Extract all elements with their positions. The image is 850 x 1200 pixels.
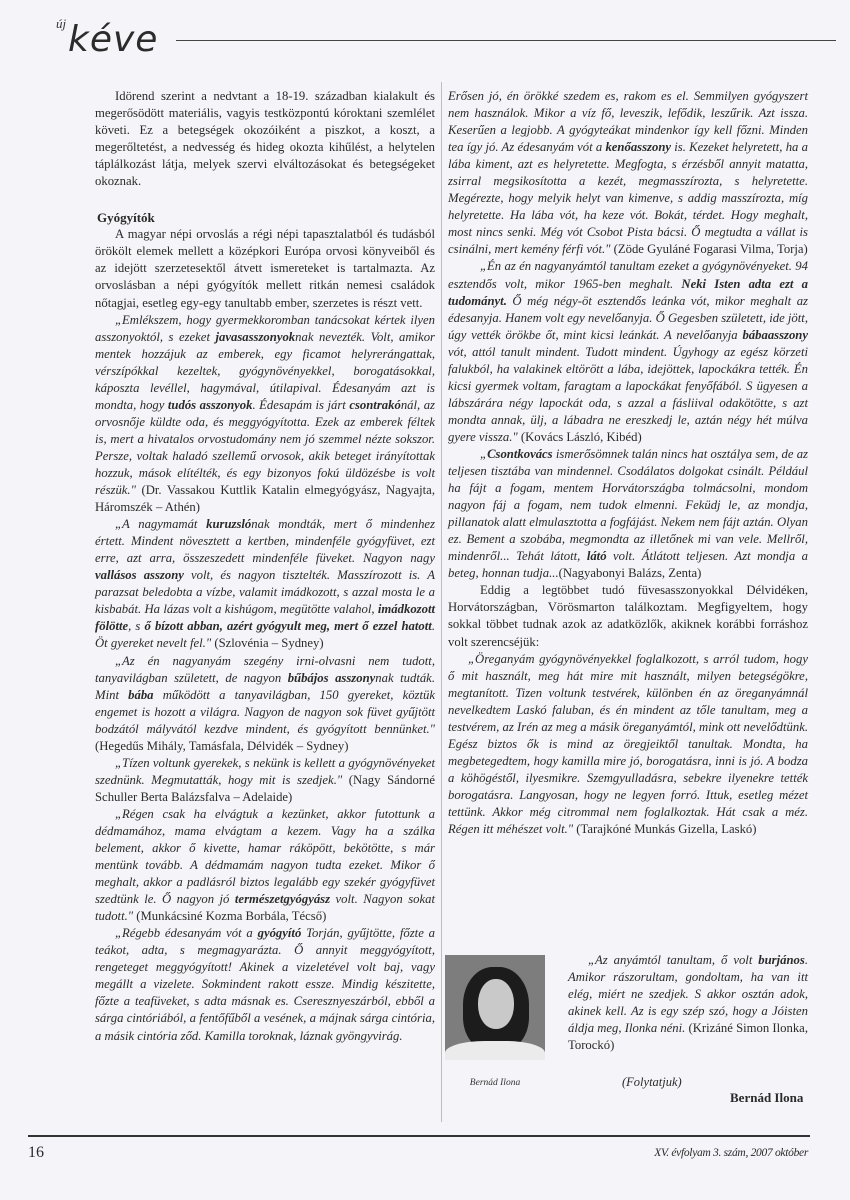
narrative-paragraph: Eddig a legtöbbet tudó füvesasszonyokkal… <box>448 582 808 650</box>
section-heading: Gyógyítók <box>95 209 435 226</box>
quote-paragraph: „Az én nagyanyám szegény irni-olvasni ne… <box>95 653 435 755</box>
author-photo-block: Bernád Ilona <box>445 955 545 1088</box>
quote-source: (Szlovénia – Sydney) <box>211 636 323 650</box>
logo-prefix: új <box>56 16 66 32</box>
quote-paragraph: „Régen csak ha elvágtuk a kezünket, akko… <box>95 806 435 925</box>
portrait-photo-icon <box>445 955 545 1060</box>
quote-source: (Munkácsiné Kozma Borbála, Técső) <box>133 909 326 923</box>
quote-paragraph: „Tízen voltunk gyerekek, s nekünk is kel… <box>95 755 435 806</box>
quote-source: (Tarajkóné Munkás Gizella, Laskó) <box>573 822 756 836</box>
quote-source: (Kovács László, Kibéd) <box>518 430 642 444</box>
column-divider <box>441 82 442 1122</box>
continued-note: (Folytatjuk) <box>622 1075 682 1090</box>
quote-source: (Dr. Vassakou Kuttlik Katalin elmegyógyá… <box>95 483 435 514</box>
masthead: új kéve <box>28 12 828 62</box>
issue-info: XV. évfolyam 3. szám, 2007 október <box>654 1147 808 1159</box>
magazine-logo: kéve <box>68 20 158 60</box>
quote-paragraph-last: „Az anyámtól tanultam, ő volt burjános. … <box>568 952 808 1054</box>
quote-paragraph: „Öreganyám gyógynövényekkel foglalkozott… <box>448 651 808 839</box>
intro-paragraph: Idörend szerint a nedvtant a 18-19. száz… <box>95 88 435 190</box>
quote-paragraph: „Én az én nagyanyámtól tanultam ezeket a… <box>448 258 808 446</box>
page-number: 16 <box>28 1144 44 1162</box>
quote-paragraph: „Régebb édesanyám vót a gyógyító Torján,… <box>95 925 435 1044</box>
article-author: Bernád Ilona <box>730 1090 803 1106</box>
photo-caption: Bernád Ilona <box>445 1078 545 1088</box>
right-column: Erősen jó, én örökké szedem es, rakom es… <box>448 88 808 838</box>
quote-continuation: Erősen jó, én örökké szedem es, rakom es… <box>448 88 808 258</box>
quote-paragraph: „Emlékszem, hogy gyermekkoromban tanácso… <box>95 312 435 517</box>
left-column: Idörend szerint a nedvtant a 18-19. száz… <box>95 88 435 1045</box>
quote-paragraph: „Csontkovács ismerősömnek talán nincs ha… <box>448 446 808 582</box>
section-intro-paragraph: A magyar népi orvoslás a régi népi tapas… <box>95 226 435 311</box>
quote-paragraph: „A nagymamát kuruzslónak mondták, mert ő… <box>95 516 435 652</box>
footer-rule <box>28 1135 810 1137</box>
quote-source: (Zöde Gyuláné Fogarasi Vilma, Torja) <box>610 242 807 256</box>
quote-source: (Nagyabonyi Balázs, Zenta) <box>559 566 702 580</box>
header-rule <box>176 40 836 41</box>
quote-source: (Hegedűs Mihály, Tamásfala, Délvidék – S… <box>95 739 349 753</box>
